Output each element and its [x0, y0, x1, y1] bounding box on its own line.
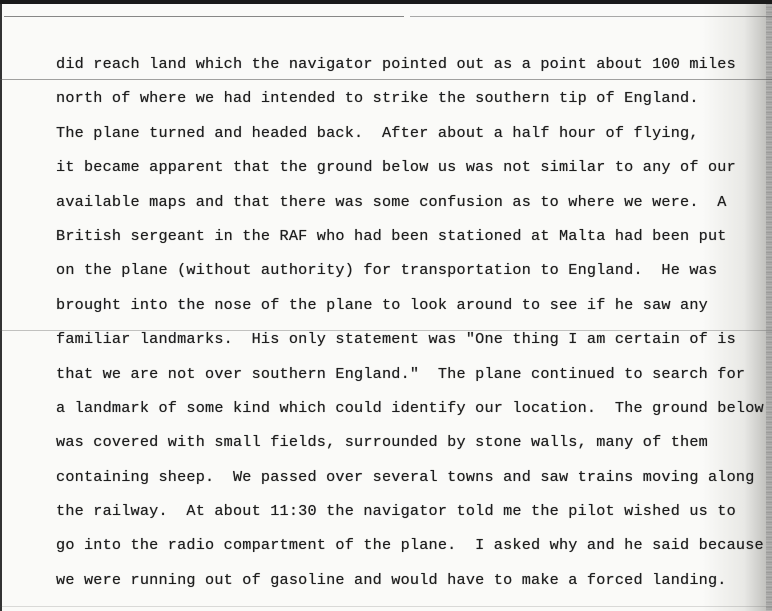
- typewritten-page: did reach land which the navigator point…: [56, 52, 756, 602]
- text-line: that we are not over southern England." …: [56, 362, 756, 396]
- scan-artifact-rule: [410, 16, 772, 17]
- text-line: on the plane (without authority) for tra…: [56, 258, 756, 292]
- text-line: containing sheep. We passed over several…: [56, 465, 756, 499]
- text-line: familiar landmarks. His only statement w…: [56, 327, 756, 361]
- scan-artifact-rule: [4, 16, 404, 17]
- scan-right-edge: [766, 4, 772, 611]
- text-line: did reach land which the navigator point…: [56, 52, 756, 86]
- text-line: British sergeant in the RAF who had been…: [56, 224, 756, 258]
- text-line: a landmark of some kind which could iden…: [56, 396, 756, 430]
- text-line: it became apparent that the ground below…: [56, 155, 756, 189]
- scan-left-border: [0, 4, 2, 611]
- scan-artifact-rule: [0, 606, 772, 607]
- text-line: the railway. At about 11:30 the navigato…: [56, 499, 756, 533]
- text-line: was covered with small fields, surrounde…: [56, 430, 756, 464]
- text-line: available maps and that there was some c…: [56, 190, 756, 224]
- scan-top-border: [0, 0, 772, 4]
- text-line: go into the radio compartment of the pla…: [56, 533, 756, 567]
- text-line: brought into the nose of the plane to lo…: [56, 293, 756, 327]
- text-line: we were running out of gasoline and woul…: [56, 568, 756, 602]
- text-line: north of where we had intended to strike…: [56, 86, 756, 120]
- text-line: The plane turned and headed back. After …: [56, 121, 756, 155]
